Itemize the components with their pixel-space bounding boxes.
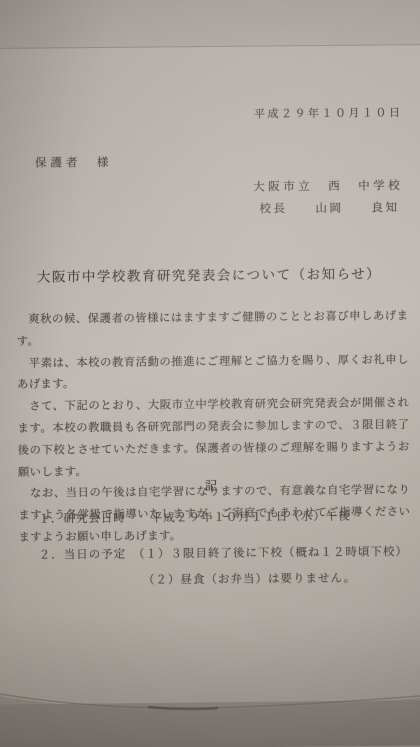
document-date: 平成２９年１０月１０日 <box>254 104 403 121</box>
photo-of-paper-document: 平成２９年１０月１０日 保護者 様 大阪市立 西 中学校 校長 山岡 良知 大阪… <box>0 0 420 747</box>
document-content: 平成２９年１０月１０日 保護者 様 大阪市立 西 中学校 校長 山岡 良知 大阪… <box>0 0 420 747</box>
detail-line-lunch-note: （２）昼食（お弁当）は要りません。 <box>143 570 356 588</box>
sender-school-line: 大阪市立 西 中学校 <box>253 177 403 194</box>
body-paragraph-2: 平素は、本校の教育活動の推進にご理解とご協力を賜り、厚くお礼申しあげます。 <box>17 350 409 397</box>
detail-line-day-schedule: ２．当日の予定 （１）３限目終了後に下校（概ね１２時頃下校） <box>39 543 408 563</box>
body-paragraph-3: さて、下記のとおり、大阪市立中学校教育研究会研究発表会が開催されます。本校の教職… <box>17 393 410 484</box>
document-title: 大阪市中学校教育研究発表会について（お知らせ） <box>0 262 419 286</box>
body-paragraph-1: 爽秋の候、保護者の皆様にはますますご健勝のこととお喜び申しあげます。 <box>16 306 408 353</box>
sender-principal-line: 校長 山岡 良知 <box>259 199 399 216</box>
recipient-line: 保護者 様 <box>35 154 113 171</box>
detail-line-meeting-datetime: １．研究会日時 平成２９年１０月１１日（水）午後 <box>38 508 351 527</box>
